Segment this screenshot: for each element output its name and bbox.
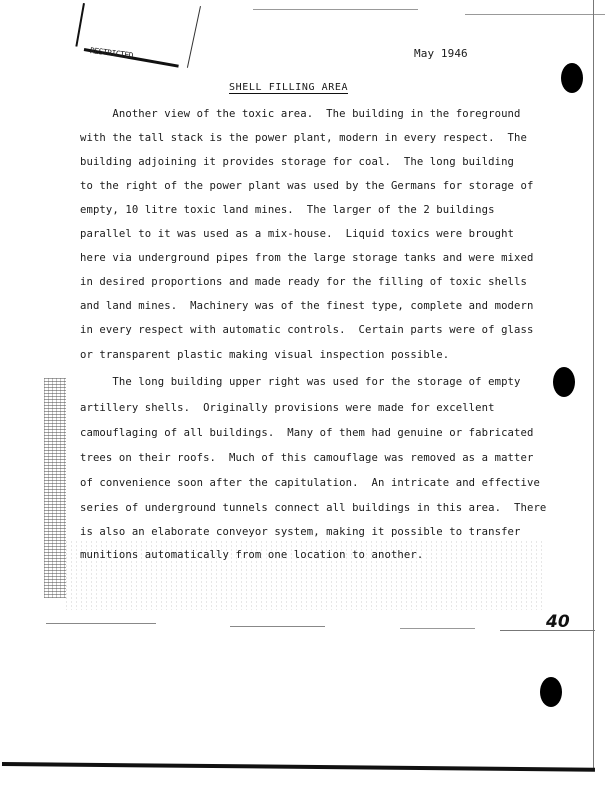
body-line: of convenience soon after the capitulati… xyxy=(80,477,540,489)
stamp-border-left xyxy=(75,3,85,47)
scan-artifact-rule xyxy=(253,9,418,10)
body-line: artillery shells. Originally provisions … xyxy=(80,402,495,414)
body-line: parallel to it was used as a mix-house. … xyxy=(80,228,514,240)
stamp-border-right xyxy=(187,6,201,68)
document-title: SHELL FILLING AREA xyxy=(229,82,348,94)
body-line: camouflaging of all buildings. Many of t… xyxy=(80,427,533,439)
body-line: series of underground tunnels connect al… xyxy=(80,502,546,514)
scan-artifact-rule xyxy=(400,628,475,629)
body-line: or transparent plastic making visual ins… xyxy=(80,349,449,361)
document-date: May 1946 xyxy=(414,47,468,60)
body-line: in every respect with automatic controls… xyxy=(80,324,533,336)
body-line: is also an elaborate conveyor system, ma… xyxy=(80,526,521,538)
body-line: here via underground pipes from the larg… xyxy=(80,252,533,264)
scan-artifact-rule xyxy=(46,623,156,624)
body-line: building adjoining it provides storage f… xyxy=(80,156,514,168)
scan-artifact-rule xyxy=(230,626,325,627)
page-edge-right xyxy=(593,0,594,768)
body-line: empty, 10 litre toxic land mines. The la… xyxy=(80,204,495,216)
body-line: and land mines. Machinery was of the fin… xyxy=(80,300,533,312)
body-line: munitions automatically from one locatio… xyxy=(80,549,423,561)
scan-artifact-rule xyxy=(465,14,605,15)
page-number: 40 xyxy=(546,612,570,632)
scanned-document-page: RESTRICTED May 1946 SHELL FILLING AREA A… xyxy=(0,0,611,792)
classification-stamp: RESTRICTED xyxy=(89,46,133,60)
body-line: Another view of the toxic area. The buil… xyxy=(80,108,521,120)
punch-hole-icon xyxy=(540,677,562,707)
body-line: The long building upper right was used f… xyxy=(80,376,521,388)
page-edge-bottom xyxy=(2,762,595,772)
body-line: in desired proportions and made ready fo… xyxy=(80,276,527,288)
body-line: trees on their roofs. Much of this camou… xyxy=(80,452,533,464)
punch-hole-icon xyxy=(561,63,583,93)
body-line: to the right of the power plant was used… xyxy=(80,180,533,192)
body-line: with the tall stack is the power plant, … xyxy=(80,132,527,144)
punch-hole-icon xyxy=(553,367,575,397)
scan-noise-margin xyxy=(44,378,66,598)
